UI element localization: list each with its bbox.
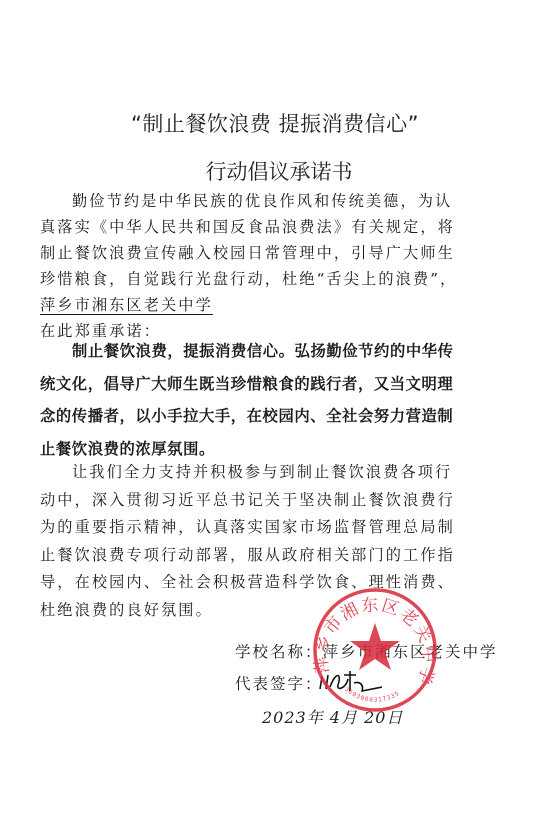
paragraph-intro: 勤俭节约是中华民族的优良作风和传统美德，为认真落实《中华人民共和国反食品浪费法》…: [40, 188, 458, 344]
signing-date: 2023年 4月 20日: [262, 705, 403, 728]
intro-text: 勤俭节约是中华民族的优良作风和传统美德，为认真落实《中华人民共和国反食品浪费法》…: [40, 192, 457, 288]
official-seal-icon: 萍乡市湘东区老关中学 3603000317335: [310, 585, 440, 715]
document-subtitle: 行动倡议承诺书: [0, 156, 550, 186]
school-name-underlined: 萍乡市湘东区老关中学: [40, 296, 213, 314]
paragraph-commitment: 制止餐饮浪费，提振消费信心。弘扬勤俭节约的中华传统文化，倡导广大师生既当珍惜粮食…: [40, 335, 460, 465]
document-title: “制止餐饮浪费 提振消费信心”: [0, 108, 550, 138]
svg-text:3603000317335: 3603000317335: [343, 686, 401, 704]
commitment-text: 制止餐饮浪费，提振消费信心。弘扬勤俭节约的中华传统文化，倡导广大师生既当珍惜粮食…: [40, 342, 454, 458]
